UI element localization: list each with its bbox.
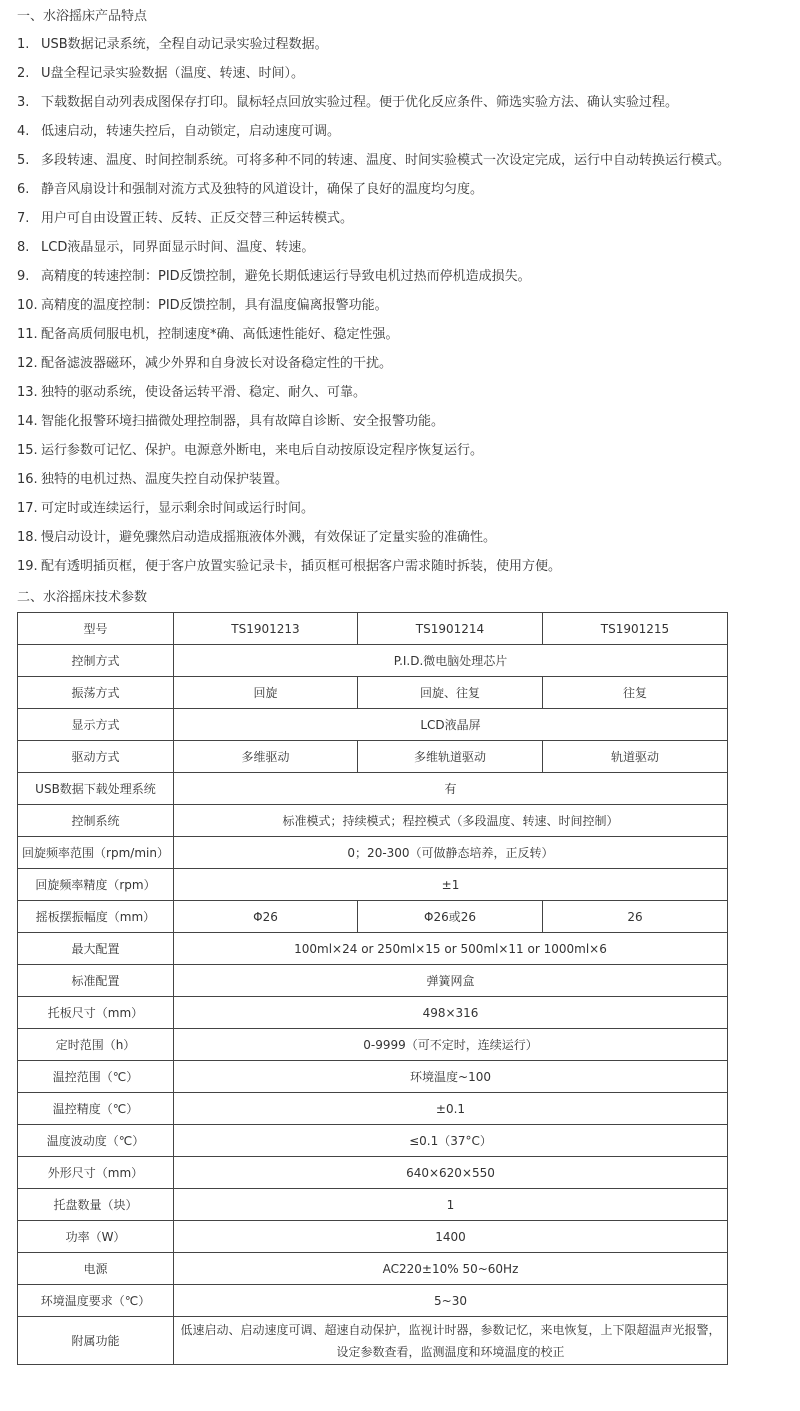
row-label-cell: 回旋频率精度（rpm） <box>18 869 174 901</box>
feature-item: 4.低速启动，转速失控后，自动锁定，启动速度可调。 <box>17 123 730 152</box>
row-label-cell: 定时范围（h） <box>18 1029 174 1061</box>
feature-item: 6.静音风扇设计和强制对流方式及独特的风道设计，确保了良好的温度均匀度。 <box>17 181 730 210</box>
feature-text: 用户可自由设置正转、反转、正反交替三种运转模式。 <box>41 210 353 239</box>
feature-number: 1. <box>17 36 41 65</box>
row-value-cell: AC220±10% 50~60Hz <box>174 1253 728 1285</box>
row-label-cell: 环境温度要求（℃） <box>18 1285 174 1317</box>
feature-number: 14. <box>17 413 41 442</box>
row-value-cell: 有 <box>174 773 728 805</box>
row-value-cell: 环境温度~100 <box>174 1061 728 1093</box>
feature-text: 低速启动，转速失控后，自动锁定，启动速度可调。 <box>41 123 340 152</box>
table-row: 环境温度要求（℃） 5~30 <box>18 1285 728 1317</box>
feature-item: 12.配备滤波器磁环，减少外界和自身波长对设备稳定性的干扰。 <box>17 355 730 384</box>
row-value-cell: Φ26或26 <box>358 901 543 933</box>
row-label-cell: USB数据下载处理系统 <box>18 773 174 805</box>
feature-number: 16. <box>17 471 41 500</box>
row-label-cell: 标准配置 <box>18 965 174 997</box>
row-value-cell: 640×620×550 <box>174 1157 728 1189</box>
row-label-cell: 温度波动度（℃） <box>18 1125 174 1157</box>
table-row: 功率（W） 1400 <box>18 1221 728 1253</box>
feature-number: 15. <box>17 442 41 471</box>
header-model-cell: TS1901215 <box>543 613 728 645</box>
row-label-cell: 回旋频率范围（rpm/min） <box>18 837 174 869</box>
table-row: 显示方式 LCD液晶屏 <box>18 709 728 741</box>
row-label-cell: 电源 <box>18 1253 174 1285</box>
header-model-cell: TS1901214 <box>358 613 543 645</box>
table-row: 定时范围（h） 0-9999（可不定时，连续运行） <box>18 1029 728 1061</box>
row-value-cell: 0-9999（可不定时，连续运行） <box>174 1029 728 1061</box>
table-row: USB数据下载处理系统 有 <box>18 773 728 805</box>
feature-item: 2.U盘全程记录实验数据（温度、转速、时间）。 <box>17 65 730 94</box>
table-row: 电源 AC220±10% 50~60Hz <box>18 1253 728 1285</box>
row-label-cell: 托板尺寸（mm） <box>18 997 174 1029</box>
feature-number: 6. <box>17 181 41 210</box>
table-row: 控制系统 标准模式；持续模式；程控模式（多段温度、转速、时间控制） <box>18 805 728 837</box>
row-value-cell: 多维轨道驱动 <box>358 741 543 773</box>
row-value-cell: P.I.D.微电脑处理芯片 <box>174 645 728 677</box>
row-label-cell: 附属功能 <box>18 1317 174 1365</box>
row-label-cell: 控制方式 <box>18 645 174 677</box>
table-row: 托板尺寸（mm） 498×316 <box>18 997 728 1029</box>
row-value-cell: 100ml×24 or 250ml×15 or 500ml×11 or 1000… <box>174 933 728 965</box>
feature-text: 慢启动设计，避免骤然启动造成摇瓶液体外溅，有效保证了定量实验的准确性。 <box>41 529 496 558</box>
row-label-cell: 托盘数量（块） <box>18 1189 174 1221</box>
row-value-cell: ±0.1 <box>174 1093 728 1125</box>
feature-text: 独特的驱动系统，使设备运转平滑、稳定、耐久、可靠。 <box>41 384 366 413</box>
feature-text: USB数据记录系统，全程自动记录实验过程数据。 <box>41 36 328 65</box>
feature-text: 配备滤波器磁环，减少外界和自身波长对设备稳定性的干扰。 <box>41 355 392 384</box>
feature-number: 2. <box>17 65 41 94</box>
row-value-cell: LCD液晶屏 <box>174 709 728 741</box>
row-value-cell: 0；20-300（可做静态培养，正反转） <box>174 837 728 869</box>
feature-text: 运行参数可记忆、保护。电源意外断电，来电后自动按原设定程序恢复运行。 <box>41 442 483 471</box>
feature-text: 静音风扇设计和强制对流方式及独特的风道设计，确保了良好的温度均匀度。 <box>41 181 483 210</box>
row-value-cell: 5~30 <box>174 1285 728 1317</box>
section-title-specs: 二、水浴摇床技术参数 <box>17 589 147 607</box>
feature-item: 17.可定时或连续运行，显示剩余时间或运行时间。 <box>17 500 730 529</box>
row-value-cell: 1400 <box>174 1221 728 1253</box>
feature-text: 配备高质伺服电机，控制速度*确、高低速性能好、稳定性强。 <box>41 326 399 355</box>
feature-list: 1.USB数据记录系统，全程自动记录实验过程数据。 2.U盘全程记录实验数据（温… <box>17 36 730 587</box>
feature-number: 17. <box>17 500 41 529</box>
row-value-cell: 弹簧网盒 <box>174 965 728 997</box>
row-label-cell: 温控精度（℃） <box>18 1093 174 1125</box>
row-label-cell: 控制系统 <box>18 805 174 837</box>
feature-number: 10. <box>17 297 41 326</box>
table-row: 驱动方式 多维驱动 多维轨道驱动 轨道驱动 <box>18 741 728 773</box>
row-value-cell: 轨道驱动 <box>543 741 728 773</box>
row-label-cell: 功率（W） <box>18 1221 174 1253</box>
feature-text: 独特的电机过热、温度失控自动保护装置。 <box>41 471 288 500</box>
feature-text: 高精度的温度控制：PID反馈控制，具有温度偏离报警功能。 <box>41 297 388 326</box>
row-label-cell: 驱动方式 <box>18 741 174 773</box>
feature-number: 18. <box>17 529 41 558</box>
table-row: 回旋频率精度（rpm） ±1 <box>18 869 728 901</box>
feature-item: 10.高精度的温度控制：PID反馈控制，具有温度偏离报警功能。 <box>17 297 730 326</box>
row-label-cell: 摇板摆振幅度（mm） <box>18 901 174 933</box>
feature-item: 1.USB数据记录系统，全程自动记录实验过程数据。 <box>17 36 730 65</box>
table-row: 温度波动度（℃） ≤0.1（37°C） <box>18 1125 728 1157</box>
feature-item: 9.高精度的转速控制：PID反馈控制，避免长期低速运行导致电机过热而停机造成损失… <box>17 268 730 297</box>
table-row: 温控精度（℃） ±0.1 <box>18 1093 728 1125</box>
row-value-cell: 多维驱动 <box>174 741 358 773</box>
feature-item: 14.智能化报警环境扫描微处理控制器，具有故障自诊断、安全报警功能。 <box>17 413 730 442</box>
feature-item: 7.用户可自由设置正转、反转、正反交替三种运转模式。 <box>17 210 730 239</box>
feature-text: 配有透明插页框，便于客户放置实验记录卡，插页框可根据客户需求随时拆装，使用方便。 <box>41 558 561 587</box>
table-header-row: 型号 TS1901213 TS1901214 TS1901215 <box>18 613 728 645</box>
row-label-cell: 显示方式 <box>18 709 174 741</box>
row-value-cell: Φ26 <box>174 901 358 933</box>
feature-text: 下载数据自动列表成图保存打印。鼠标轻点回放实验过程。便于优化反应条件、筛选实验方… <box>41 94 678 123</box>
feature-number: 7. <box>17 210 41 239</box>
feature-number: 11. <box>17 326 41 355</box>
row-label-cell: 外形尺寸（mm） <box>18 1157 174 1189</box>
feature-item: 11.配备高质伺服电机，控制速度*确、高低速性能好、稳定性强。 <box>17 326 730 355</box>
row-value-cell: 回旋、往复 <box>358 677 543 709</box>
feature-item: 18.慢启动设计，避免骤然启动造成摇瓶液体外溅，有效保证了定量实验的准确性。 <box>17 529 730 558</box>
table-row: 附属功能 低速启动、启动速度可调、超速自动保护，监视计时器，参数记忆，来电恢复，… <box>18 1317 728 1365</box>
row-value-cell: 低速启动、启动速度可调、超速自动保护，监视计时器，参数记忆，来电恢复，上下限超温… <box>174 1317 728 1365</box>
table-row: 标准配置 弹簧网盒 <box>18 965 728 997</box>
table-row: 回旋频率范围（rpm/min） 0；20-300（可做静态培养，正反转） <box>18 837 728 869</box>
feature-item: 5.多段转速、温度、时间控制系统。可将多种不同的转速、温度、时间实验模式一次设定… <box>17 152 730 181</box>
table-row: 托盘数量（块） 1 <box>18 1189 728 1221</box>
feature-number: 13. <box>17 384 41 413</box>
row-value-cell: 回旋 <box>174 677 358 709</box>
row-value-cell: 26 <box>543 901 728 933</box>
feature-item: 16.独特的电机过热、温度失控自动保护装置。 <box>17 471 730 500</box>
row-value-cell: 标准模式；持续模式；程控模式（多段温度、转速、时间控制） <box>174 805 728 837</box>
feature-item: 3.下载数据自动列表成图保存打印。鼠标轻点回放实验过程。便于优化反应条件、筛选实… <box>17 94 730 123</box>
table-row: 最大配置 100ml×24 or 250ml×15 or 500ml×11 or… <box>18 933 728 965</box>
header-model-cell: TS1901213 <box>174 613 358 645</box>
row-value-cell: ±1 <box>174 869 728 901</box>
row-label-cell: 振荡方式 <box>18 677 174 709</box>
table-row: 振荡方式 回旋 回旋、往复 往复 <box>18 677 728 709</box>
feature-text: 智能化报警环境扫描微处理控制器，具有故障自诊断、安全报警功能。 <box>41 413 444 442</box>
header-label-cell: 型号 <box>18 613 174 645</box>
table-row: 控制方式 P.I.D.微电脑处理芯片 <box>18 645 728 677</box>
row-label-cell: 温控范围（℃） <box>18 1061 174 1093</box>
feature-item: 13.独特的驱动系统，使设备运转平滑、稳定、耐久、可靠。 <box>17 384 730 413</box>
table-row: 外形尺寸（mm） 640×620×550 <box>18 1157 728 1189</box>
feature-text: 高精度的转速控制：PID反馈控制，避免长期低速运行导致电机过热而停机造成损失。 <box>41 268 531 297</box>
feature-number: 12. <box>17 355 41 384</box>
feature-text: 多段转速、温度、时间控制系统。可将多种不同的转速、温度、时间实验模式一次设定完成… <box>41 152 730 181</box>
feature-item: 19.配有透明插页框，便于客户放置实验记录卡，插页框可根据客户需求随时拆装，使用… <box>17 558 730 587</box>
feature-number: 4. <box>17 123 41 152</box>
feature-text: LCD液晶显示，同界面显示时间、温度、转速。 <box>41 239 314 268</box>
feature-text: 可定时或连续运行，显示剩余时间或运行时间。 <box>41 500 314 529</box>
table-row: 摇板摆振幅度（mm） Φ26 Φ26或26 26 <box>18 901 728 933</box>
feature-number: 19. <box>17 558 41 587</box>
feature-number: 5. <box>17 152 41 181</box>
feature-number: 8. <box>17 239 41 268</box>
spec-table: 型号 TS1901213 TS1901214 TS1901215 控制方式 P.… <box>17 612 728 1365</box>
table-row: 温控范围（℃） 环境温度~100 <box>18 1061 728 1093</box>
section-title-features: 一、水浴摇床产品特点 <box>17 8 147 26</box>
feature-number: 9. <box>17 268 41 297</box>
row-value-cell: ≤0.1（37°C） <box>174 1125 728 1157</box>
feature-item: 8.LCD液晶显示，同界面显示时间、温度、转速。 <box>17 239 730 268</box>
row-label-cell: 最大配置 <box>18 933 174 965</box>
row-value-cell: 往复 <box>543 677 728 709</box>
row-value-cell: 498×316 <box>174 997 728 1029</box>
feature-text: U盘全程记录实验数据（温度、转速、时间）。 <box>41 65 304 94</box>
feature-number: 3. <box>17 94 41 123</box>
feature-item: 15.运行参数可记忆、保护。电源意外断电，来电后自动按原设定程序恢复运行。 <box>17 442 730 471</box>
row-value-cell: 1 <box>174 1189 728 1221</box>
